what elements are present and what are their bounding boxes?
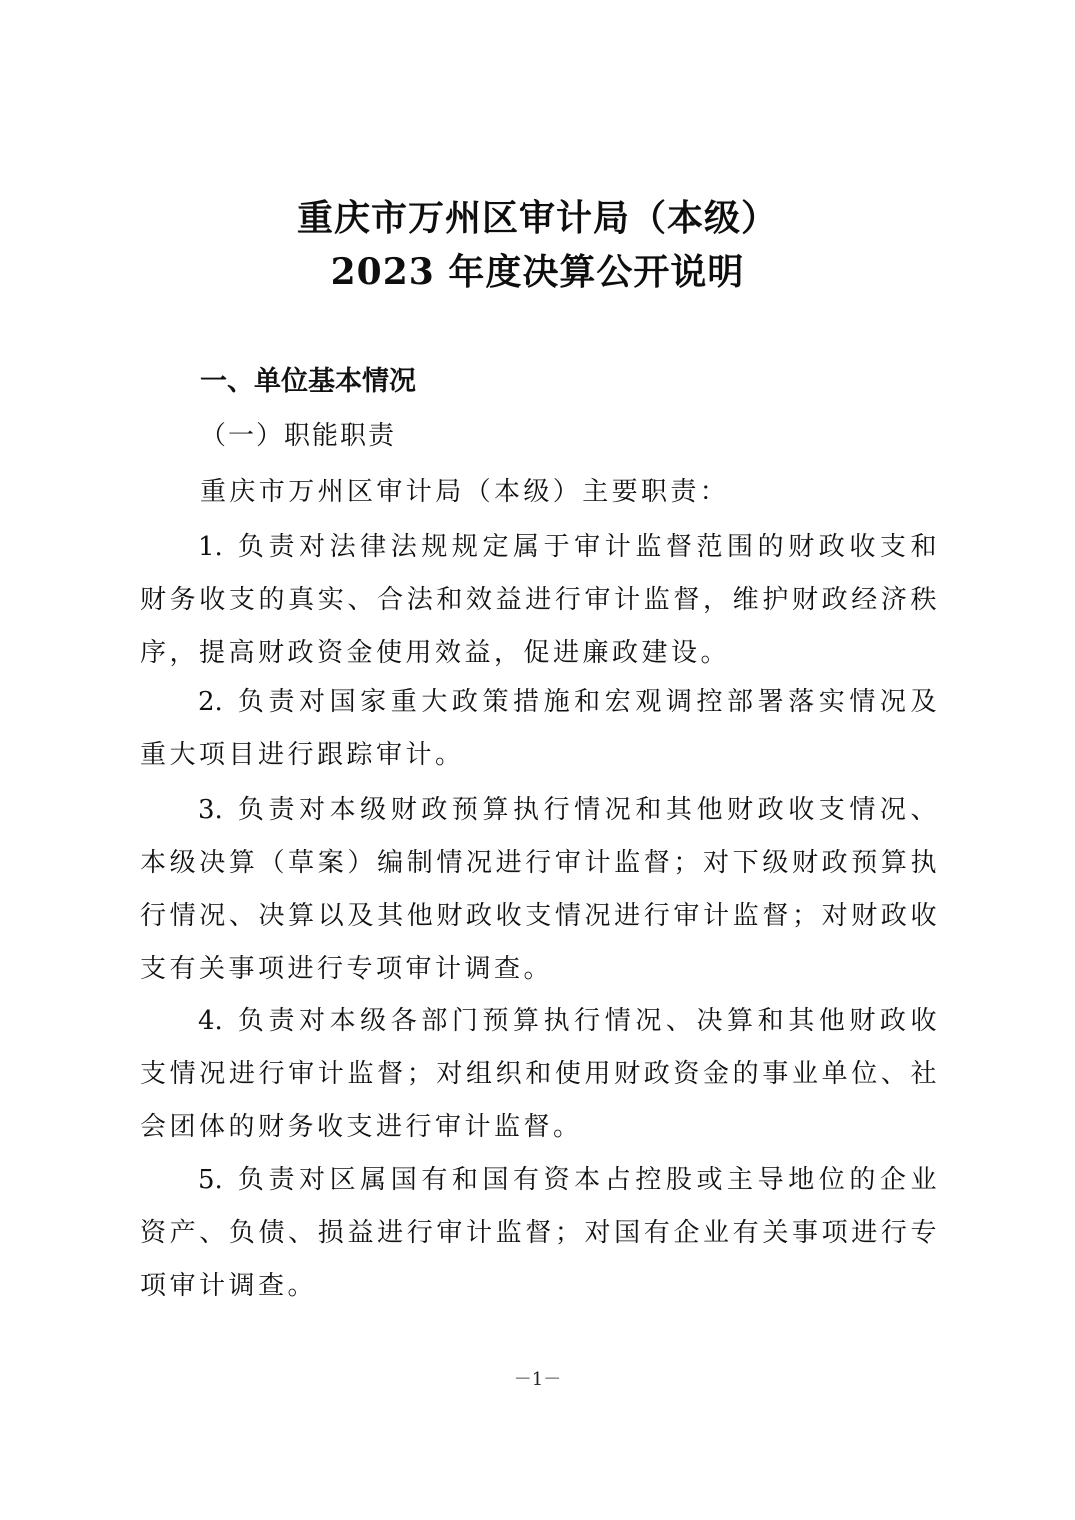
item-number: 3. [198, 795, 223, 825]
duty-item-4: 4.负责对本级各部门预算执行情况、决算和其他财政收支情况进行审计监督；对组织和使… [140, 995, 940, 1154]
intro-paragraph: 重庆市万州区审计局（本级）主要职责： [200, 472, 729, 512]
duty-item-1: 1.负责对法律法规规定属于审计监督范围的财政收支和财务收支的真实、合法和效益进行… [140, 521, 940, 680]
item-text: 负责对区属国有和国有资本占控股或主导地位的企业资产、负债、损益进行审计监督；对国… [140, 1165, 940, 1301]
duty-item-2: 2.负责对国家重大政策措施和宏观调控部署落实情况及重大项目进行跟踪审计。 [140, 676, 940, 782]
document-title-line1: 重庆市万州区审计局（本级） [0, 196, 1075, 240]
duty-item-3: 3.负责对本级财政预算执行情况和其他财政收支情况、本级决算（草案）编制情况进行审… [140, 784, 940, 996]
item-text: 负责对国家重大政策措施和宏观调控部署落实情况及重大项目进行跟踪审计。 [140, 687, 940, 770]
item-text: 负责对法律法规规定属于审计监督范围的财政收支和财务收支的真实、合法和效益进行审计… [140, 532, 940, 668]
page-number: －1－ [0, 1368, 1075, 1392]
item-text: 负责对本级财政预算执行情况和其他财政收支情况、本级决算（草案）编制情况进行审计监… [140, 795, 940, 984]
item-number: 4. [198, 1006, 223, 1036]
item-number: 5. [198, 1165, 223, 1195]
item-number: 1. [198, 532, 223, 562]
section-heading: 一、单位基本情况 [200, 362, 416, 402]
duty-item-5: 5.负责对区属国有和国有资本占控股或主导地位的企业资产、负债、损益进行审计监督；… [140, 1154, 940, 1313]
subsection-heading: （一）职能职责 [200, 416, 396, 456]
item-text: 负责对本级各部门预算执行情况、决算和其他财政收支情况进行审计监督；对组织和使用财… [140, 1006, 940, 1142]
document-title-line2: 2023 年度决算公开说明 [0, 250, 1075, 294]
item-number: 2. [198, 687, 223, 717]
document-page: 重庆市万州区审计局（本级） 2023 年度决算公开说明 一、单位基本情况 （一）… [0, 0, 1075, 1520]
